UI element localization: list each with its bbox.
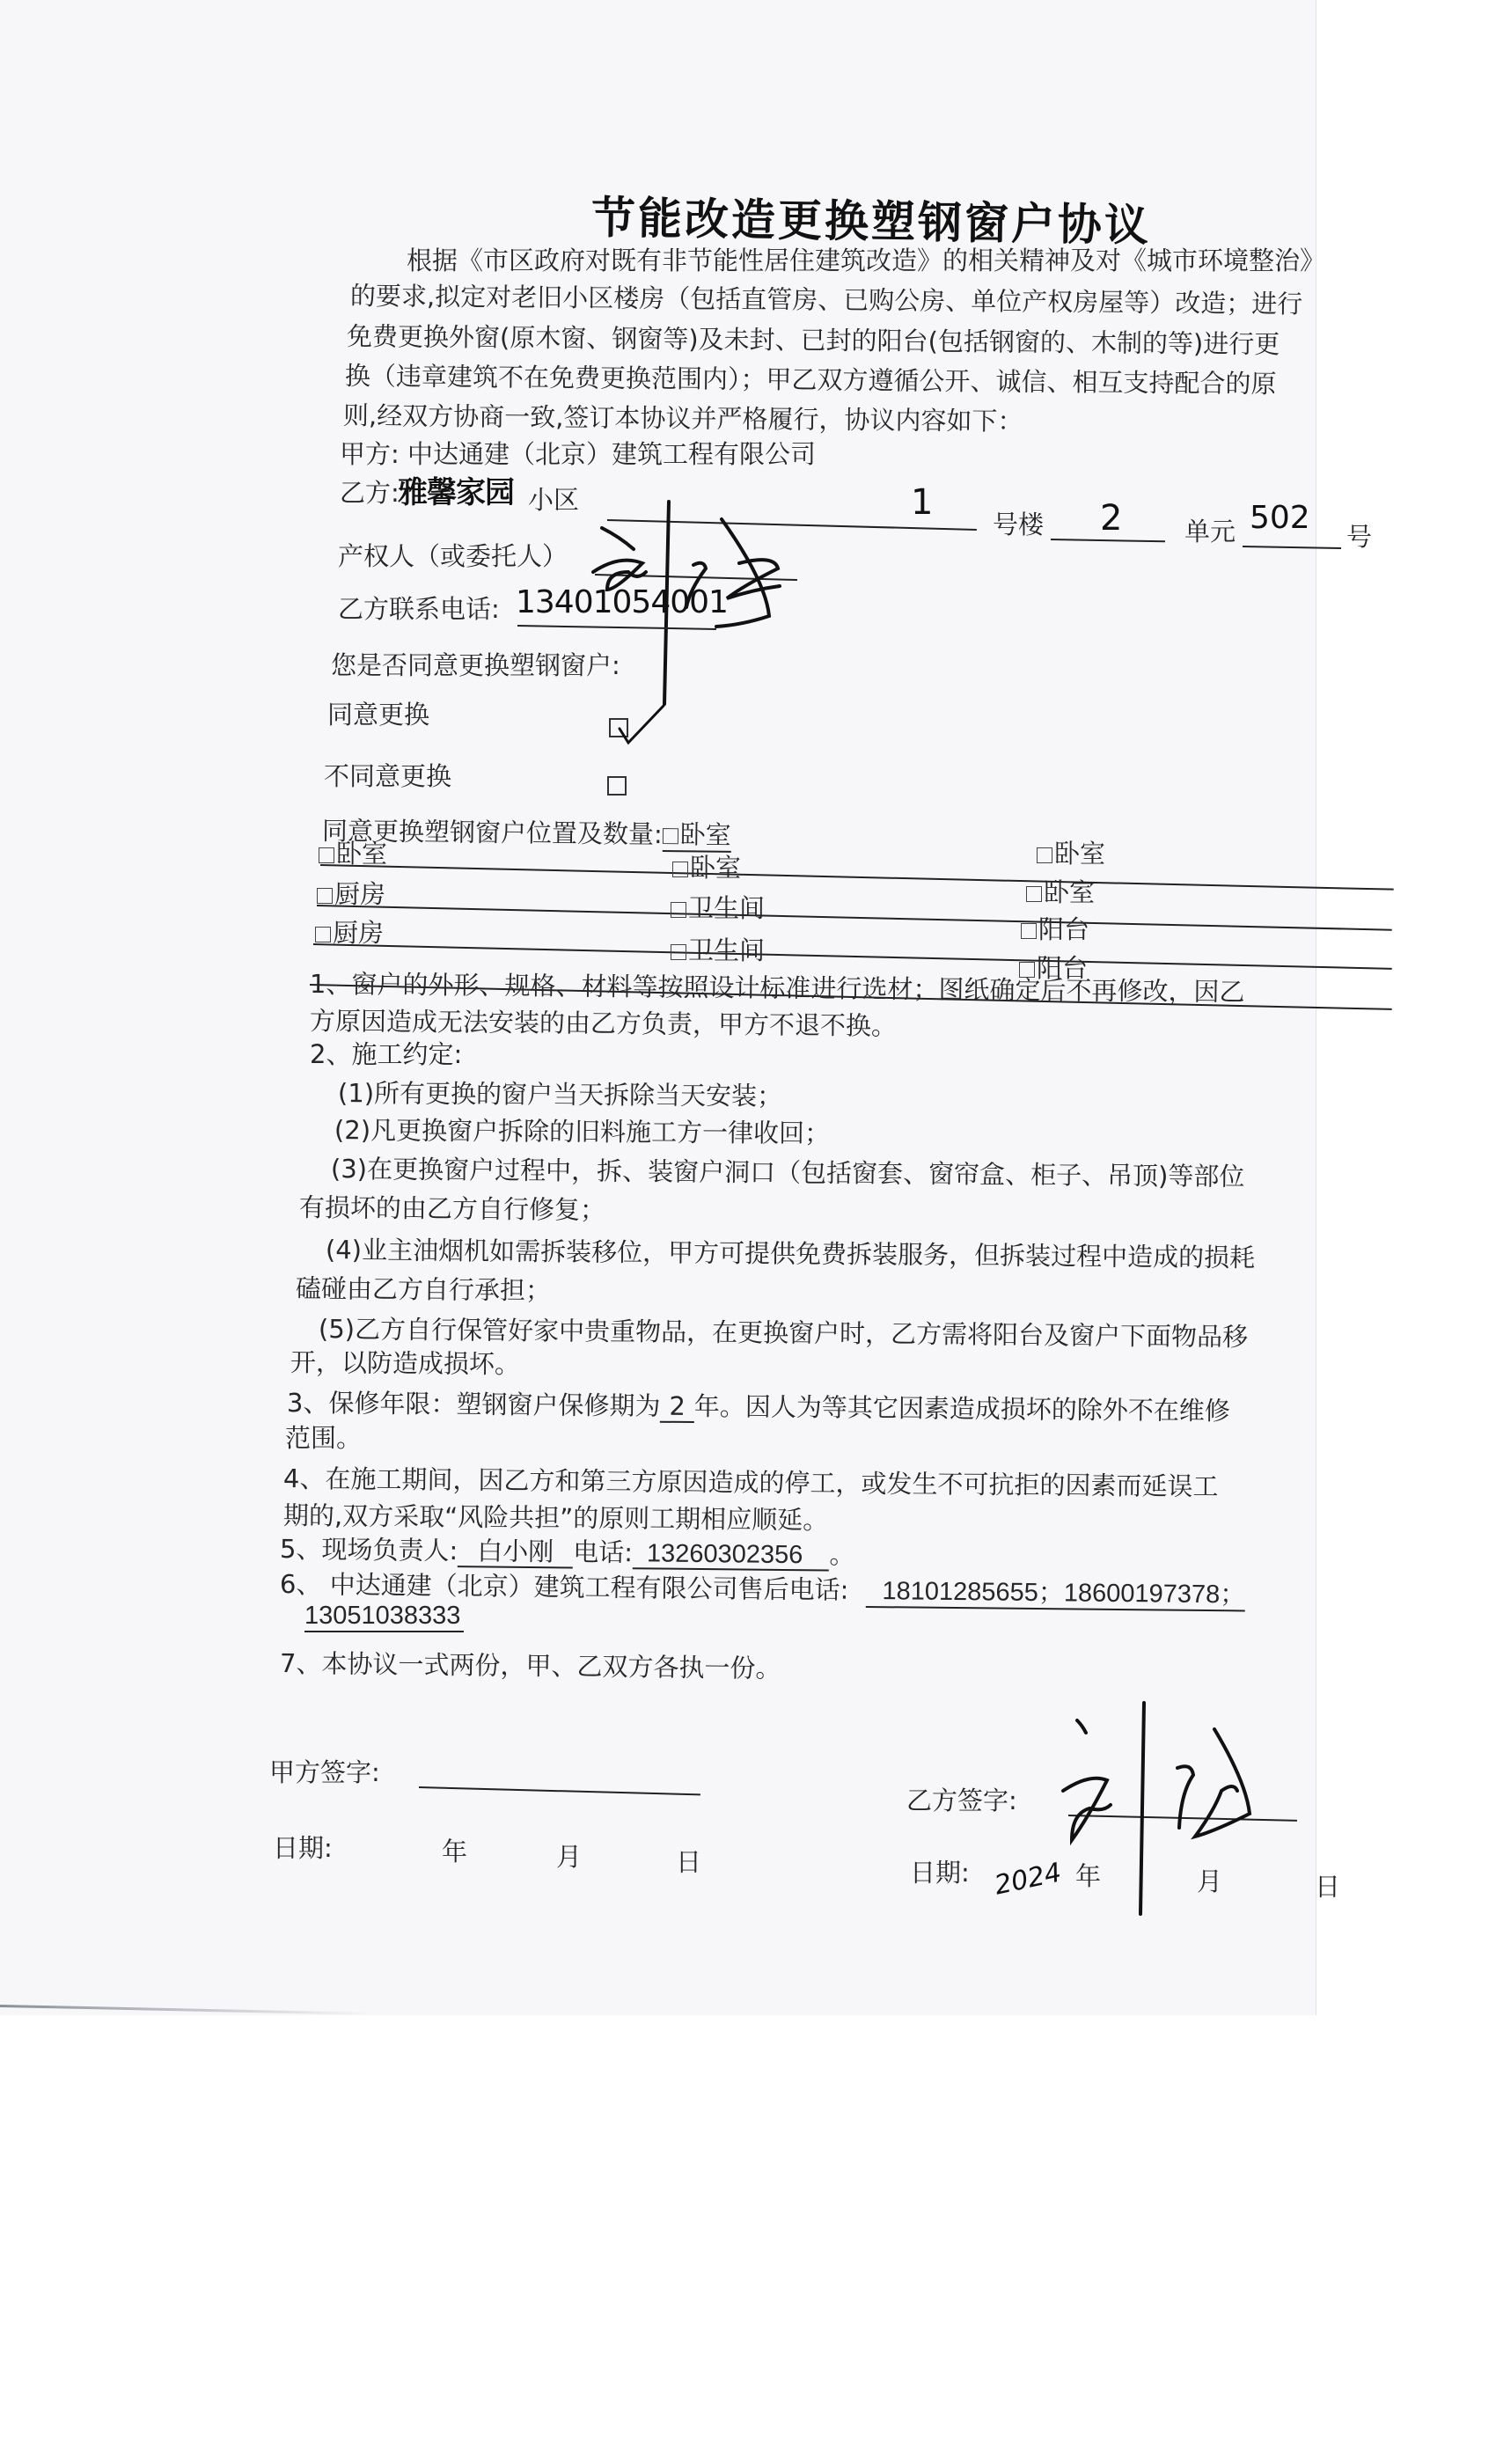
clause-5-prefix: 5、现场负责人: xyxy=(280,1534,458,1566)
location-item[interactable]: 卫生间 xyxy=(671,891,765,926)
checkbox-icon xyxy=(1037,847,1052,863)
party-a-name: 中达通建（北京）建筑工程有限公司 xyxy=(407,439,816,469)
location-text: 阳台 xyxy=(1038,914,1089,944)
location-text: 卫生间 xyxy=(688,935,765,965)
location-item[interactable]: 卫生间 xyxy=(671,933,765,968)
location-first-text: 卧室 xyxy=(680,819,731,850)
party-a-signature-label: 甲方签字: xyxy=(269,1755,380,1790)
checkbox-icon xyxy=(1021,923,1037,939)
location-text: 卧室 xyxy=(690,853,741,883)
party-b-month-label: 月 xyxy=(1197,1864,1222,1899)
consent-question: 您是否同意更换塑钢窗户: xyxy=(331,648,620,683)
room-label: 号 xyxy=(1346,519,1372,554)
building-label: 号楼 xyxy=(993,507,1044,542)
consent-disagree-checkbox[interactable] xyxy=(607,776,627,796)
checkbox-icon xyxy=(672,862,688,877)
owner-label: 产权人（或委托人） xyxy=(338,539,568,574)
party-b-signature-label: 乙方签字: xyxy=(906,1783,1017,1818)
party-a-year-label: 年 xyxy=(442,1834,467,1869)
intro-line-5: 则,经双方协商一致,签订本协议并严格履行，协议内容如下： xyxy=(343,398,1023,439)
location-item[interactable]: 阳台 xyxy=(1021,912,1089,947)
party-b-label: 乙方: xyxy=(340,475,400,510)
location-item[interactable]: 卧室 xyxy=(1037,836,1105,871)
site-manager-field[interactable]: 白小刚 xyxy=(458,1536,573,1568)
clause-3-prefix: 3、保修年限：塑钢窗户保修期为 xyxy=(287,1388,661,1421)
party-a-row: 甲方: 中达通建（北京）建筑工程有限公司 xyxy=(340,436,816,472)
clause-5-end: 。 xyxy=(829,1540,854,1570)
location-text: 卧室 xyxy=(1054,839,1105,869)
clause-3-line-2: 范围。 xyxy=(285,1420,362,1456)
clause-2-title: 2、施工约定: xyxy=(310,1037,462,1072)
location-text: 厨房 xyxy=(333,918,384,948)
consent-option-disagree-label: 不同意更换 xyxy=(324,759,451,794)
location-item[interactable]: 卧室 xyxy=(319,836,387,871)
after-sales-phones-field[interactable]: 18101285655；18600197378； xyxy=(866,1577,1245,1612)
location-item[interactable]: 卧室 xyxy=(672,850,741,885)
party-a-day-label: 日 xyxy=(676,1844,701,1880)
community-suffix: 小区 xyxy=(528,482,579,517)
checkbox-icon xyxy=(317,888,333,904)
clause-2-item-2: (2)凡更换窗户拆除的旧料施工方一律收回； xyxy=(334,1112,830,1151)
party-a-month-label: 月 xyxy=(556,1839,582,1874)
clause-2-item-4-line-2: 磕碰由乙方自行承担； xyxy=(296,1271,551,1309)
phone-label: 乙方联系电话: xyxy=(338,591,500,627)
clause-2-item-5-line-2: 开，以防造成损坏。 xyxy=(290,1345,520,1382)
unit-number-field[interactable]: 2 xyxy=(1100,498,1122,539)
checkmark-icon xyxy=(616,704,669,748)
after-sales-phone-3-field[interactable]: 13051038333 xyxy=(304,1602,464,1632)
party-a-label: 甲方: xyxy=(340,439,400,469)
party-b-date-label: 日期: xyxy=(910,1855,970,1890)
location-text: 厨房 xyxy=(334,879,385,909)
community-handwritten[interactable]: 雅馨家园 xyxy=(398,468,514,511)
clause-2-item-3-line-2: 有损坏的由乙方自行修复； xyxy=(299,1190,605,1228)
checkbox-icon xyxy=(671,944,686,960)
clause-5-phone-label: 电话: xyxy=(573,1536,633,1567)
clause-7: 7、本协议一式两份，甲、乙双方各执一份。 xyxy=(280,1646,781,1686)
room-number-field[interactable]: 502 xyxy=(1250,500,1310,536)
intro-line-1: 根据《市区政府对既有非节能性居住建筑改造》的相关精神及对《城市环境整治》 xyxy=(407,243,1325,278)
location-text: 卧室 xyxy=(336,839,387,869)
party-b-day-label: 日 xyxy=(1315,1869,1340,1904)
checkbox-icon xyxy=(1026,886,1042,902)
location-item[interactable]: 卧室 xyxy=(1026,875,1095,910)
checkbox-box xyxy=(607,776,627,796)
party-b-year-label: 年 xyxy=(1075,1859,1101,1894)
warranty-years-field[interactable]: 2 xyxy=(660,1391,694,1423)
clause-3-suffix: 年。因人为等其它因素造成损坏的除外不在维修 xyxy=(694,1391,1230,1426)
consent-option-agree-label: 同意更换 xyxy=(327,697,429,732)
clause-6-line-2: 13051038333 xyxy=(304,1598,464,1633)
party-a-date-label: 日期: xyxy=(273,1830,333,1866)
checkbox-icon xyxy=(319,847,334,863)
checkbox-icon xyxy=(671,902,686,918)
party-b-signature[interactable] xyxy=(1056,1703,1267,1940)
location-text: 卧室 xyxy=(1044,877,1095,907)
location-item[interactable]: 厨房 xyxy=(315,915,384,950)
unit-label: 单元 xyxy=(1184,514,1236,549)
site-manager-phone-field[interactable]: 13260302356 xyxy=(633,1539,830,1571)
checkbox-icon xyxy=(663,828,678,844)
location-item[interactable]: 厨房 xyxy=(317,876,385,912)
location-text: 卫生间 xyxy=(688,893,765,923)
location-first-option[interactable]: 卧室 xyxy=(663,819,731,853)
clause-2-item-1: (1)所有更换的窗户当天拆除当天安装； xyxy=(338,1075,782,1114)
phone-field[interactable]: 13401054001 xyxy=(516,584,728,620)
checkbox-icon xyxy=(315,927,331,942)
building-number-field[interactable]: 1 xyxy=(911,482,933,523)
